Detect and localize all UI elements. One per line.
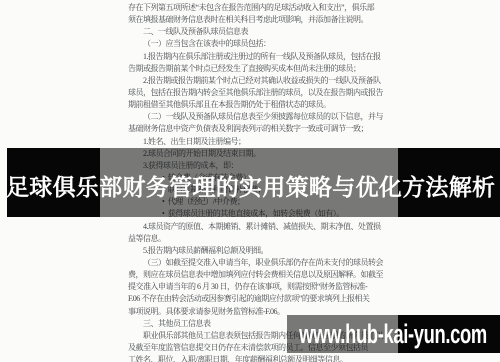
article-hero-image: 存在下列第五项所述“未包含在报告范围内的足球活动收入和支出”，俱乐部须在填报基础… [0, 0, 500, 362]
document-line: （三）如截至提交准入申请当年，职业俱乐部仍存在尚未支付的球员转会 [128, 257, 388, 269]
document-line: 5.报告期内球员薪酬福利总额及明细。 [128, 245, 388, 257]
document-line: 告期或报告期前某个时点已经发生了直接购买成本但尚未注册的球员； [128, 63, 388, 75]
document-line: 1.报告期内在俱乐部注册或注册过的所有一线队及预备队球员，包括在报 [128, 51, 388, 63]
document-line: 2.报告期或报告期前某个时点已经对其确认收益或损失的一线队及预备队 [128, 75, 388, 87]
document-line: 费，则应在球员信息表中增加填列应付转会费相关信息以及原因解释。如截至 [128, 269, 388, 281]
document-line: 工姓名、职位、入职/离职日期、年度薪酬福利总额及明细等信息。 [128, 354, 388, 362]
document-line: 二、一线队及预备队球员信息表 [128, 26, 388, 38]
document-line: 益等信息。 [128, 233, 388, 245]
document-line: （一）应当包含在该表中的球员包括： [128, 38, 388, 50]
watermark-url: www.hub-kai-yun.com [287, 315, 500, 353]
document-line: 球员，包括在报告期内转会至其他俱乐部注册的球员，以及在报告期内或报告 [128, 87, 388, 99]
document-line: （二）一线队及预备队球员信息表至少须披露每位球员的以下信息，并与 [128, 111, 388, 123]
document-line: 期前租借至其他俱乐部且在本报告期仍处于租借状态的球员。 [128, 99, 388, 111]
document-line: 基础财务信息中资产负债表及利润表列示的相关数字一致或可调节一致； [128, 123, 388, 135]
document-line: F.06 不存在由转会活动或因参赛引起的逾期应付款项”的要求填列上报相关 [128, 293, 388, 305]
watermark-url-text: www.hub-kai-yun.com [300, 319, 488, 350]
document-line: 1.姓名、出生日期及注册编号； [128, 136, 388, 148]
article-title: 足球俱乐部财务管理的实用策略与优化方法解析 [6, 148, 500, 217]
document-line: 4.球员资产的原值、本期摊销、累计摊销、减值损失、期末净值、处置损 [128, 221, 388, 233]
document-line: 须在填报基础财务信息表时在相关科目考虑此项影响，并添加备注说明。 [128, 14, 388, 26]
document-line: 存在下列第五项所述“未包含在报告范围内的足球活动收入和支出”，俱乐部 [128, 2, 388, 14]
document-line: 提交准入申请当年的 6 月 30 日，仍存在该事项，则需按照“财务监管标准- [128, 281, 388, 293]
